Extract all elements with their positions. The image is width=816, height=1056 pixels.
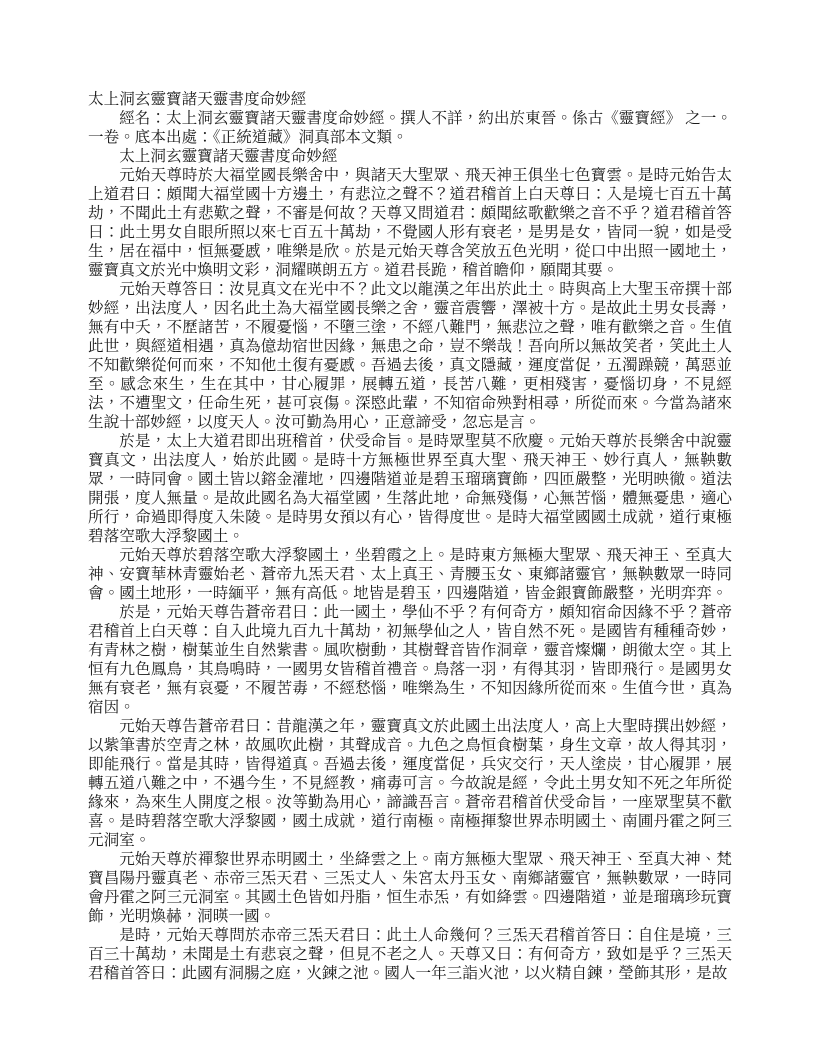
paragraph: 於是，元始天尊告蒼帝君曰：此一國土，學仙不乎？有何奇方，頗知宿命因緣不乎？蒼帝君… (88, 603, 732, 717)
paragraph: 元始天尊於禪黎世界赤明國土，坐絳雲之上。南方無極大聖眾、飛天神王、至真大神、梵寶… (88, 850, 732, 926)
paragraph: 元始天尊時於大福堂國長樂舍中，與諸天大聖眾、飛天神王俱坐七色寶雲。是時元始告太上… (88, 166, 732, 280)
paragraph: 元始天尊於碧落空歌大浮黎國土，坐碧霞之上。是時東方無極大聖眾、飛天神王、至真大神… (88, 546, 732, 603)
paragraph: 是時，元始天尊問於赤帝三炁天君曰：此土人命幾何？三炁天君稽首答曰：自住是境，三百… (88, 926, 732, 983)
colophon: 經名：太上洞玄靈寶諸天靈書度命妙經。撰人不詳，約出於東晉。係古《靈寶經》 之一。… (88, 109, 732, 147)
paragraph: 於是，太上大道君即出班稽首，伏受命旨。是時眾聖莫不欣慶。元始天尊於長樂舍中說靈寶… (88, 432, 732, 546)
paragraph: 元始天尊告蒼帝君曰：昔龍漢之年，靈寶真文於此國土出法度人，高上大聖時撰出妙經，以… (88, 717, 732, 850)
document-page: 太上洞玄靈寶諸天靈書度命妙經 經名：太上洞玄靈寶諸天靈書度命妙經。撰人不詳，約出… (0, 0, 816, 1056)
document-title: 太上洞玄靈寶諸天靈書度命妙經 (88, 90, 732, 109)
text-block: 太上洞玄靈寶諸天靈書度命妙經 經名：太上洞玄靈寶諸天靈書度命妙經。撰人不詳，約出… (88, 90, 732, 983)
paragraph: 元始天尊答曰：汝見真文在光中不？此文以龍漢之年出於此土。時與高上大聖玉帝撰十部妙… (88, 280, 732, 432)
section-title: 太上洞玄靈寶諸天靈書度命妙經 (88, 147, 732, 166)
